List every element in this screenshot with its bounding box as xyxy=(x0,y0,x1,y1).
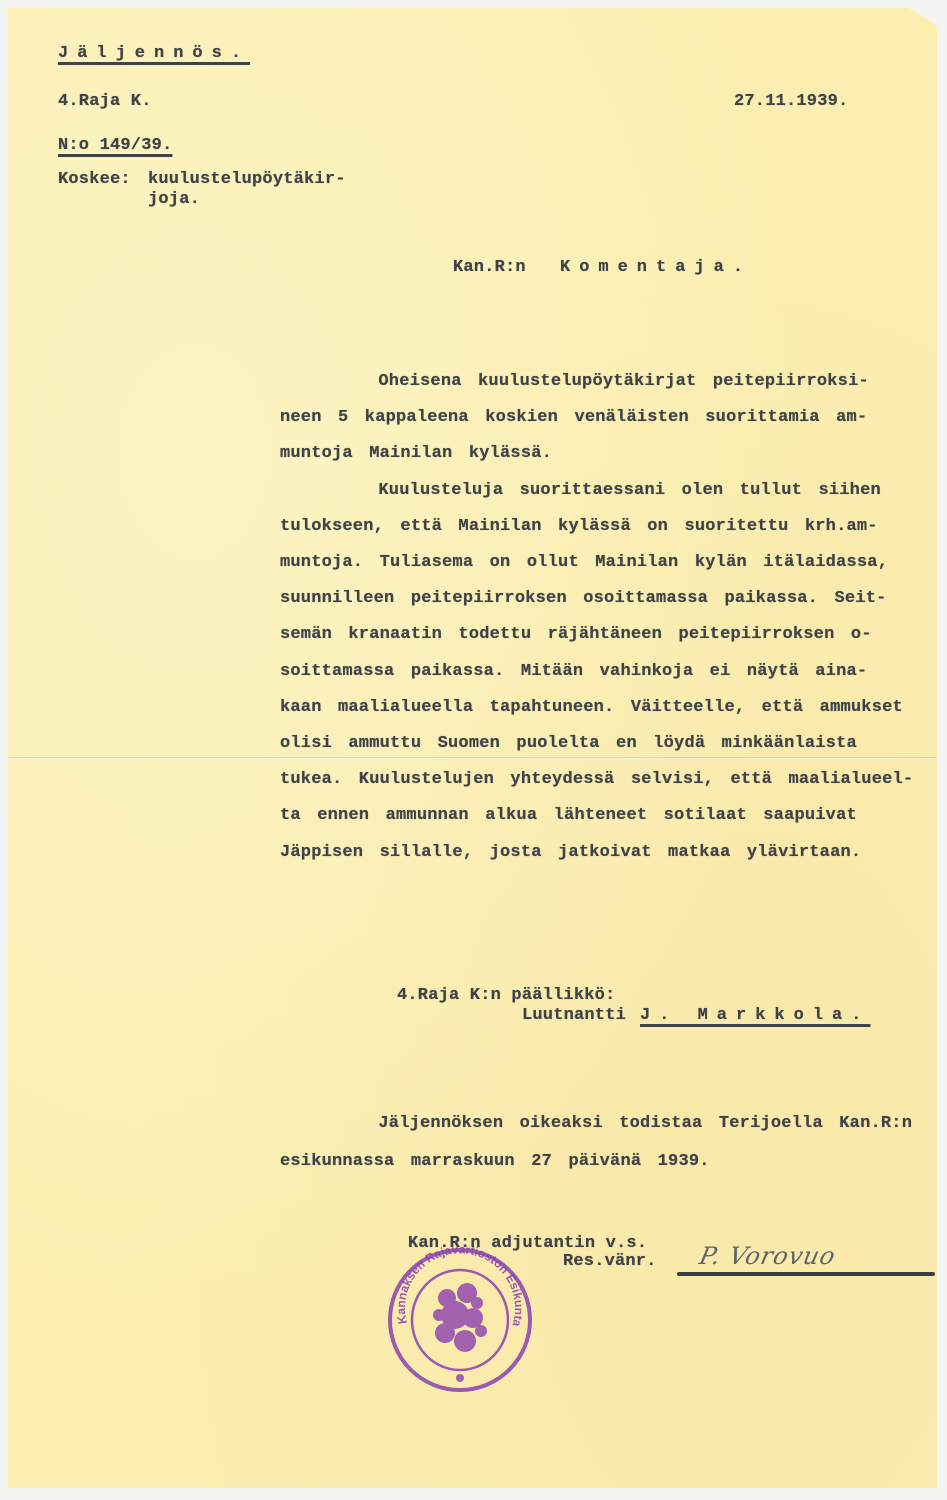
body-line: muntoja. Tuliasema on ollut Mainilan kyl… xyxy=(280,553,888,572)
body-line: neen 5 kappaleena koskien venäläisten su… xyxy=(280,408,867,427)
recipient-title: Komentaja. xyxy=(560,258,752,277)
document-date: 27.11.1939. xyxy=(734,92,848,111)
body-line: tukea. Kuulustelujen yhteydessä selvisi,… xyxy=(280,770,913,789)
signatory-name: J. Markkola. xyxy=(640,1006,870,1025)
official-stamp-icon: Kannaksen Rajavartioston Esikunta xyxy=(385,1243,535,1393)
subject-label: Koskee: xyxy=(58,170,131,189)
subject-line-2: joja. xyxy=(148,190,200,209)
body-line: olisi ammuttu Suomen puolelta en löydä m… xyxy=(280,734,857,753)
body-line: suunnilleen peitepiirroksen osoittamassa… xyxy=(280,589,887,608)
body-line: Kuulusteluja suorittaessani olen tullut … xyxy=(280,481,881,500)
signatory-title: 4.Raja K:n päällikkö: xyxy=(397,986,615,1005)
body-line: Jäppisen sillalle, josta jatkoivat matka… xyxy=(280,843,861,862)
handwritten-signature: P. Vorovuo xyxy=(697,1242,838,1270)
adjutant-rank: Res.vänr. xyxy=(563,1252,657,1271)
certification-line-1: Jäljennöksen oikeaksi todistaa Terijoell… xyxy=(280,1114,912,1133)
certification-line-2: esikunnassa marraskuun 27 päivänä 1939. xyxy=(280,1152,710,1171)
body-line: ta ennen ammunnan alkua lähteneet sotila… xyxy=(280,806,857,825)
reference-number: N:o 149/39. xyxy=(58,136,172,155)
document-heading: Jäljennös. xyxy=(58,44,250,63)
body-line: soittamassa paikassa. Mitään vahinkoja e… xyxy=(280,662,867,681)
recipient-prefix: Kan.R:n xyxy=(453,258,526,277)
paper-fold-highlight xyxy=(8,758,937,759)
body-line: kaan maalialueella tapahtuneen. Väitteel… xyxy=(280,698,903,717)
sender-unit: 4.Raja K. xyxy=(58,92,152,111)
signatory-rank: Luutnantti xyxy=(522,1006,626,1025)
body-line: muntoja Mainilan kylässä. xyxy=(280,444,552,463)
body-line: Oheisena kuulustelupöytäkirjat peitepiir… xyxy=(280,372,869,391)
signature-line xyxy=(677,1272,935,1276)
body-line: tulokseen, että Mainilan kylässä on suor… xyxy=(280,517,878,536)
body-line: semän kranaatin todettu räjähtäneen peit… xyxy=(280,625,872,644)
subject-line-1: kuulustelupöytäkir- xyxy=(148,170,346,189)
